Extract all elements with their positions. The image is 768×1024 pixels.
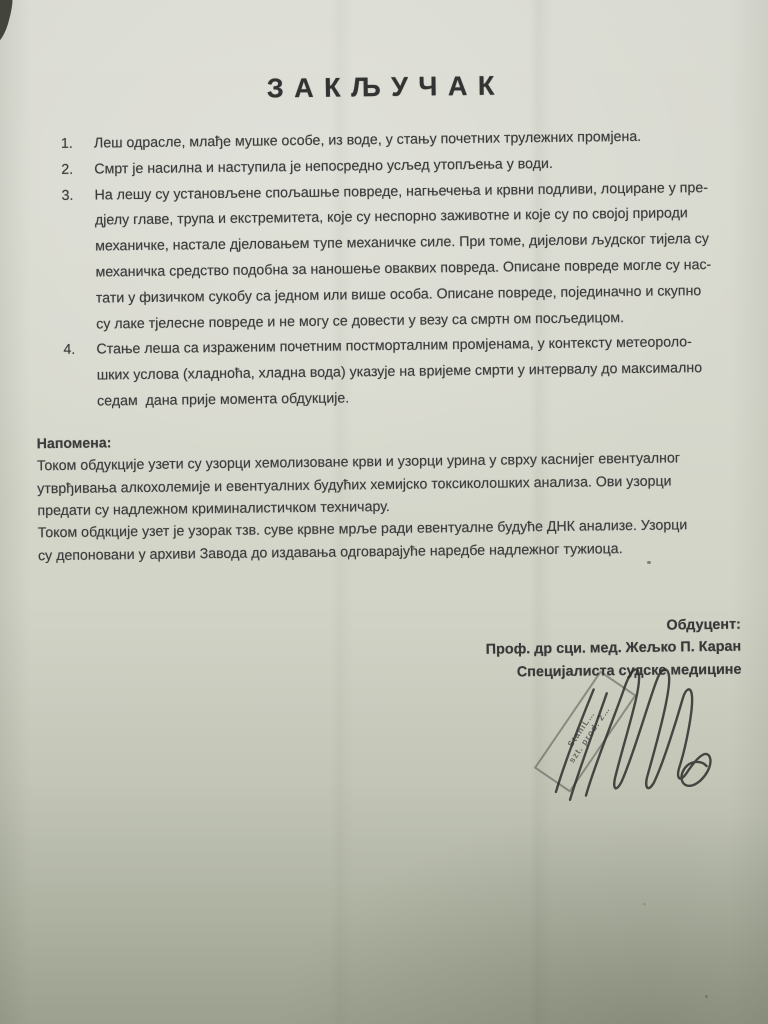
conclusion-list: 1. Леш одрасле, млађе мушке особе, из во… — [61, 124, 743, 416]
conclusion-item-4: 4. Стање леша са израженим почетним пост… — [63, 330, 743, 416]
obducent-label: Обдуцент: — [485, 614, 741, 640]
document-photo: З А К Љ У Ч А К 1. Леш одрасле, млађе му… — [0, 0, 768, 1024]
item-number: 4. — [63, 338, 97, 416]
item-text: На лешу су установљене спољашње повреде,… — [94, 175, 742, 338]
document-page: З А К Љ У Ч А К 1. Леш одрасле, млађе му… — [0, 0, 768, 1024]
item-number: 1. — [61, 132, 94, 158]
note-paragraph-1: Током обдукције узети су узорци хемолизо… — [37, 447, 757, 523]
note-section: Напомена: Током обдукције узети су узорц… — [37, 424, 758, 567]
conclusion-item-3: 3. На лешу су установљене спољашње повре… — [61, 175, 742, 338]
note-paragraph-2: Током обдкције узет је узорак тзв. суве … — [38, 514, 757, 568]
item-number: 2. — [61, 157, 94, 183]
item-text: Стање леша са израженим почетним постмор… — [96, 330, 743, 415]
handwritten-signature — [496, 656, 723, 814]
item-number: 3. — [61, 183, 96, 338]
document-title: З А К Љ У Ч А К — [0, 67, 765, 107]
